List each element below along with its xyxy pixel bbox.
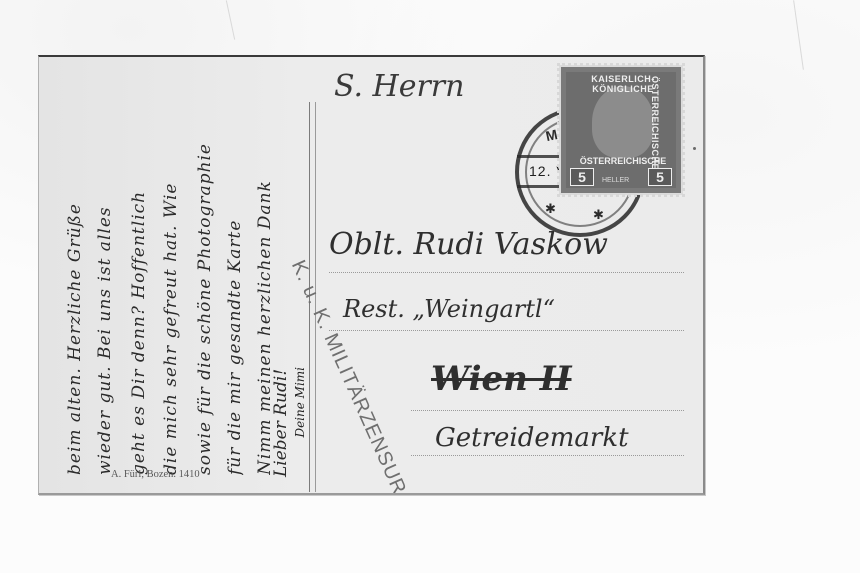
ink-speck [693,147,696,150]
address-street: Getreidemarkt [435,423,629,453]
stamp-band-text: ÖSTERREICHISCHE [570,156,676,166]
message-line: wieder gut. Bei uns ist alles [95,65,115,475]
stamp-value-right: 5 [648,168,672,186]
message-line: die mich sehr gefreut hat. Wie [161,65,181,475]
star-icon: ✱ [593,207,604,223]
postage-stamp: KAISERLICH-KÖNIGLICHE ÖSTERREICHISCHE ÖS… [559,65,683,195]
addressee-title: S. Herrn [334,69,464,104]
address-rule [411,409,684,411]
star-icon: ✱ [545,201,556,217]
message-signature: Deine Mimi [293,367,307,438]
postcard: Nimm meinen herzlichen Dank für die mir … [38,55,705,495]
address-establishment: Rest. „Weingartl“ [343,295,555,323]
stamp-value-left: 5 [570,168,594,186]
printer-imprint: A. Fürl, Bozen. 1410 [111,469,200,480]
handwritten-message: Nimm meinen herzlichen Dank für die mir … [43,65,299,480]
message-line: für die mir gesandte Karte [225,65,245,475]
address-rule [329,271,684,273]
stamp-face: KAISERLICH-KÖNIGLICHE ÖSTERREICHISCHE ÖS… [566,72,676,188]
address-rule [411,454,684,456]
message-line: geht es Dir denn? Hoffentlich [129,65,149,475]
message-line: sowie für die schöne Photographie [195,65,215,475]
message-line: beim alten. Herzliche Grüße [65,65,85,475]
address-city: Wien II [431,359,572,399]
stamp-currency: HELLER [602,177,629,184]
portrait-icon [592,86,654,158]
stamp-top-text: KAISERLICH-KÖNIGLICHE [570,74,676,94]
address-rule [329,329,684,331]
